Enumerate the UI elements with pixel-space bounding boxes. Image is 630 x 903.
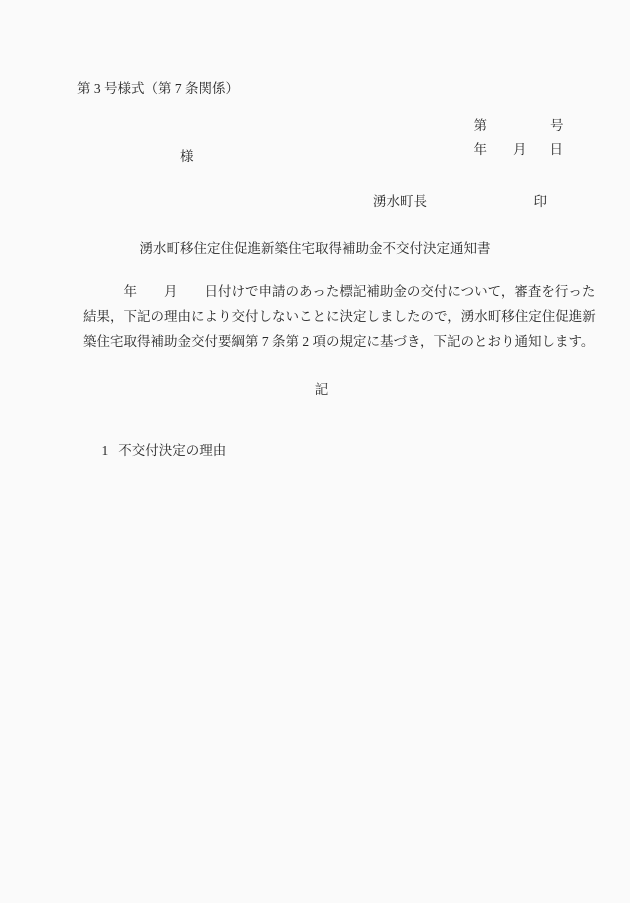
record-marker: 記 (83, 382, 560, 398)
issuer-line: 湧水町長 印 (373, 194, 547, 210)
addressee-honorific: 様 (180, 149, 194, 165)
document-title: 湧水町移住定住促進新築住宅取得補助金不交付決定通知書 (0, 241, 630, 257)
body-line-3: 築住宅取得補助金交付要綱第 7 条第 2 項の規定に基づき，下記のとおり通知しま… (83, 334, 594, 350)
date-line: 年月日 (460, 126, 563, 173)
date-year-label: 年 (474, 142, 488, 157)
item-1-gap (108, 454, 118, 455)
item-1-label: 不交付決定の理由 (118, 443, 226, 458)
item-1-line: 1不交付決定の理由 (88, 427, 226, 474)
date-day-label: 日 (550, 142, 564, 157)
date-year-blank (487, 153, 513, 154)
item-1-number: 1 (102, 443, 109, 458)
date-month-blank (527, 153, 550, 154)
date-month-label: 月 (513, 142, 527, 157)
seal-placeholder: 印 (534, 194, 548, 210)
document-page: 第 3 号様式（第 7 条関係） 第号 年月日 様 湧水町長 印 湧水町移住定住… (0, 0, 630, 903)
form-label: 第 3 号様式（第 7 条関係） (77, 81, 239, 97)
body-line-1: 年 月 日付けで申請のあった標記補助金の交付について，審査を行った (83, 284, 595, 300)
issuer-title: 湧水町長 (373, 194, 427, 210)
body-line-2: 結果，下記の理由により交付しないことに決定しましたので，湧水町移住定住促進新 (83, 309, 596, 325)
